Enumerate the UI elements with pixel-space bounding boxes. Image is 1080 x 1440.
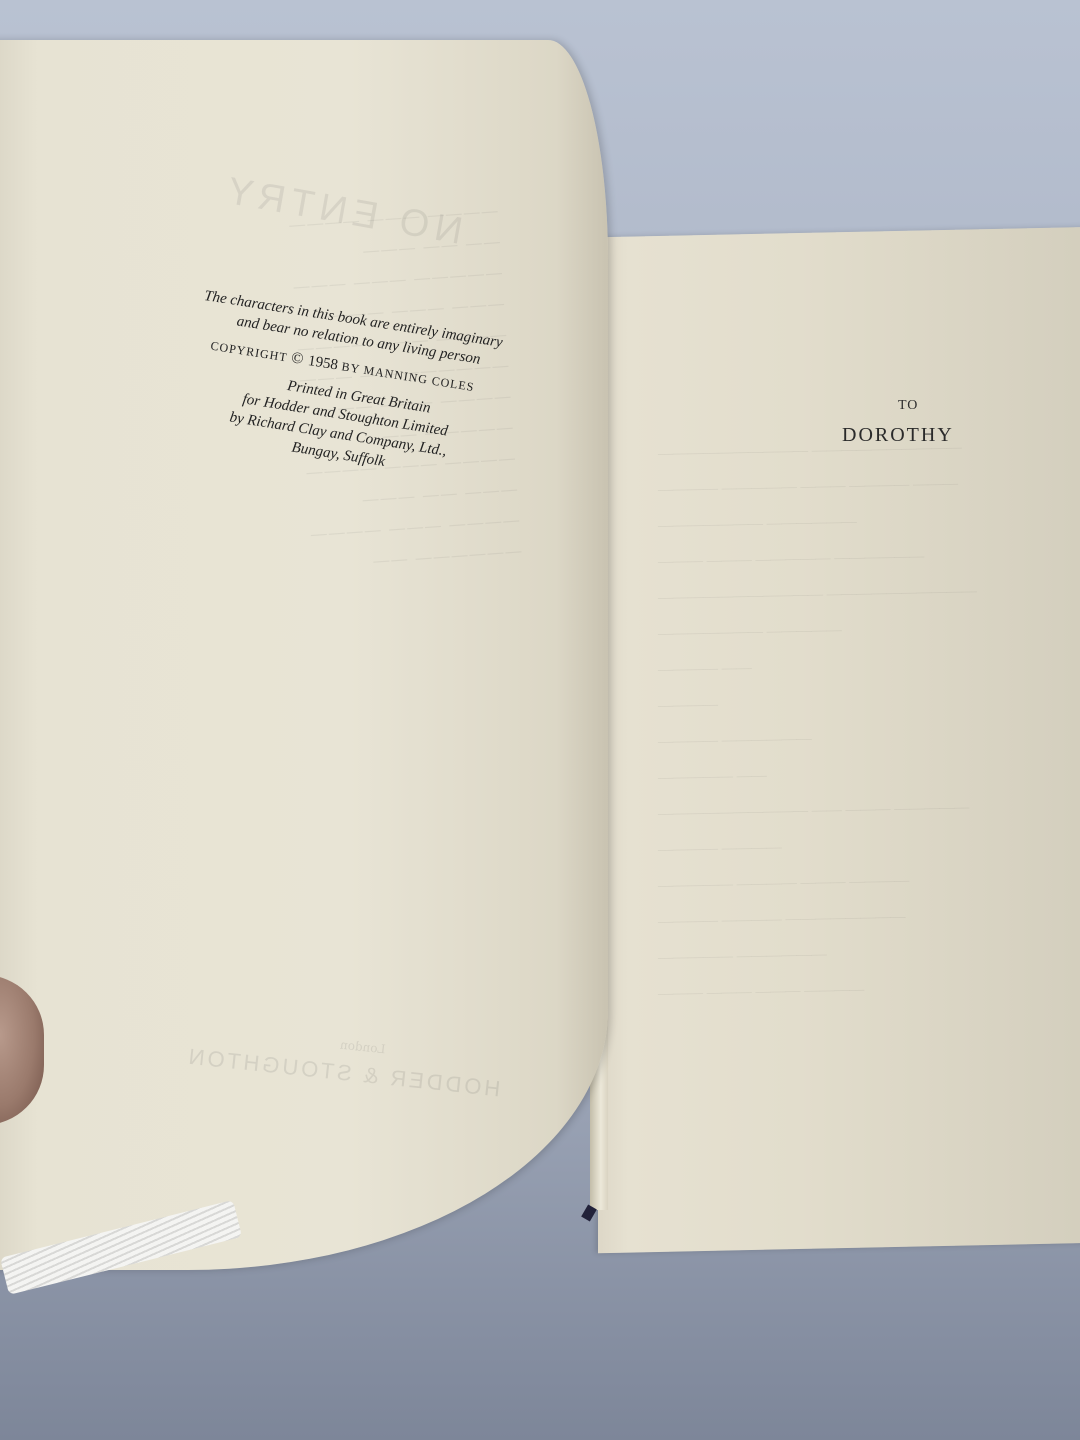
dedication-to: TO — [898, 398, 918, 414]
book-photo: —————————— —————————— ———— ————— ——— ———… — [0, 0, 1080, 1440]
copyright-word: COPYRIGHT — [210, 339, 289, 365]
dedication-name: DOROTHY — [842, 424, 954, 447]
ghost-line: ——— ——— ——— ———— — [658, 967, 1078, 1012]
right-page-show-through: —————————— —————————— ———— ————— ——— ———… — [658, 427, 1078, 1012]
right-page: —————————— —————————— ———— ————— ——— ———… — [598, 227, 1080, 1253]
copyright-year: 1958 — [307, 353, 339, 373]
copyright-symbol-icon: © — [290, 349, 306, 368]
